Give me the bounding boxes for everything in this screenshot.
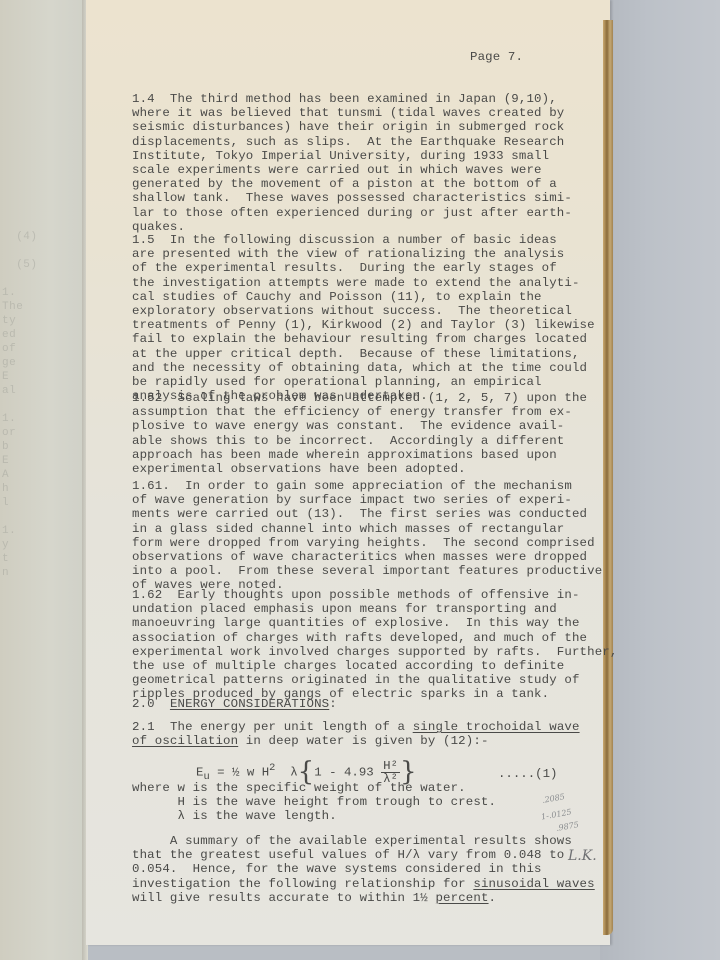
paragraph-1-61: 1.61. In order to gain some appreciation…: [132, 479, 602, 593]
summary-line: 0.054. Hence, for the wave systems consi…: [132, 862, 542, 876]
eq-inner: 1 - 4.93: [314, 765, 381, 779]
summary-line: A summary of the available experimental …: [132, 834, 572, 848]
summary-line: investigation the following relationship…: [132, 877, 473, 891]
section-heading-2-0: 2.0 ENERGY CONSIDERATIONS:: [132, 697, 337, 711]
equation-number: .....(1): [498, 767, 558, 781]
eq-numerator: H²: [381, 760, 400, 773]
section-colon: :: [329, 697, 337, 711]
handwritten-initials: L.K.: [568, 848, 597, 864]
underlined-term: of oscillation: [132, 734, 238, 748]
paragraph-text: in deep water is given by (12):-: [238, 734, 488, 748]
paragraph-1-62: 1.62 Early thoughts upon possible method…: [132, 588, 617, 702]
underlined-term: sinusoidal waves: [473, 877, 594, 891]
paragraph-text: The energy per unit length of a: [170, 720, 413, 734]
equation-definitions: where w is the specific weight of the wa…: [132, 781, 496, 824]
section-title: ENERGY CONSIDERATIONS: [170, 697, 329, 711]
page-number: Page 7.: [470, 50, 523, 64]
section-number: 2.0: [132, 697, 155, 711]
paragraph-1-5: 1.5 In the following discussion a number…: [132, 233, 595, 403]
paragraph-1-4: 1.4 The third method has been examined i…: [132, 92, 572, 234]
summary-line: that the greatest useful values of H/λ v…: [132, 848, 564, 862]
summary-line: .: [489, 891, 497, 905]
page-stack-edge: [603, 20, 613, 935]
eq-lambda: λ: [290, 765, 297, 779]
facing-page: (4) (5) 1. The ty ed of ge E al 1. or b …: [0, 0, 84, 960]
paragraph-2-1: 2.1 The energy per unit length of a sing…: [132, 720, 580, 748]
facing-page-bleed-text: (4) (5) 1. The ty ed of ge E al 1. or b …: [2, 230, 82, 580]
eq-superscript: 2: [269, 762, 275, 774]
summary-line: will give results accurate to within 1½: [132, 891, 435, 905]
underlined-term: percent: [435, 891, 488, 905]
paragraph-number: 2.1: [132, 720, 155, 734]
summary-paragraph: A summary of the available experimental …: [132, 834, 595, 905]
eq-rhs: = ½ w H: [217, 765, 269, 779]
underlined-term: single trochoidal wave: [413, 720, 580, 734]
paragraph-1-52: 1.52 Scaling laws have been attempted (1…: [132, 391, 587, 476]
desk-background: [600, 0, 720, 960]
